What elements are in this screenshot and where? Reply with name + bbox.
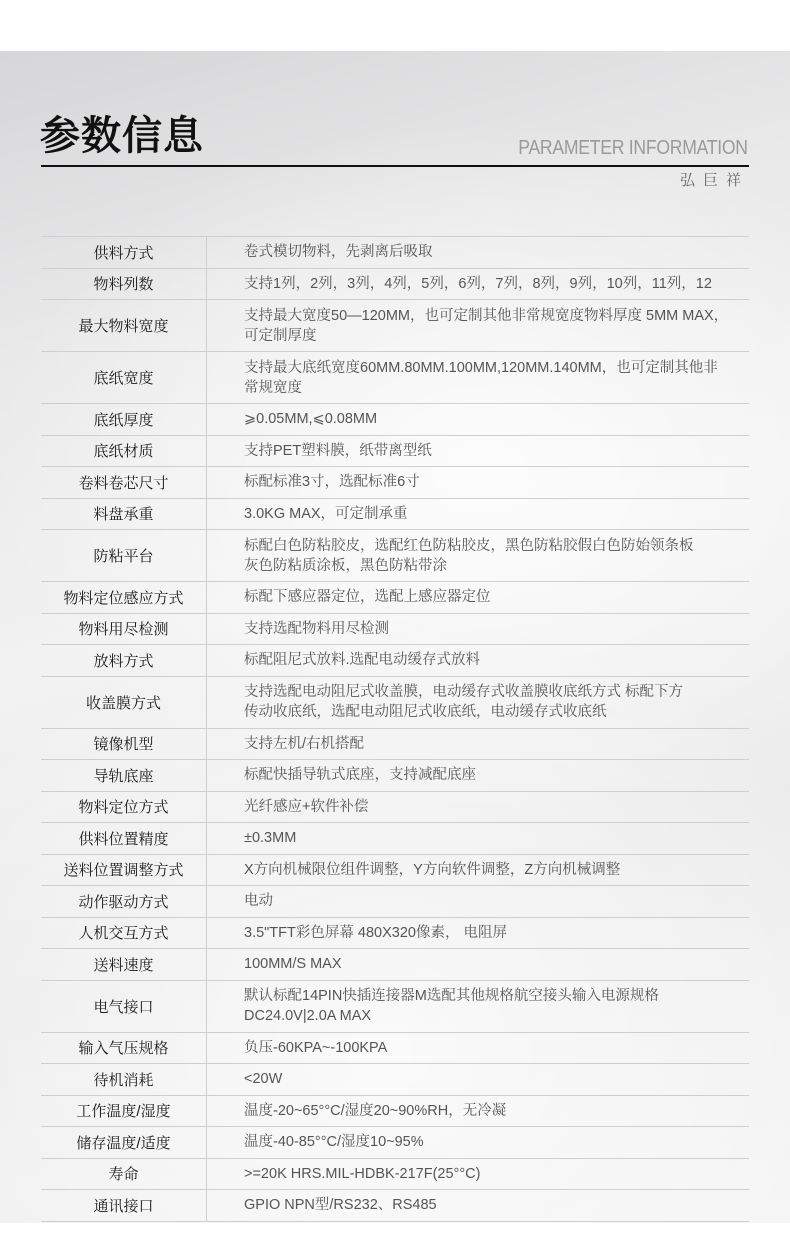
table-row: 通讯接口 GPIO NPN型/RS232、RS485 — [41, 1190, 749, 1222]
spec-key: 送料位置调整方式 — [41, 855, 207, 886]
spec-key: 人机交互方式 — [41, 918, 207, 949]
table-row: 供料位置精度 ±0.3MM — [41, 823, 749, 855]
top-whitespace — [0, 0, 790, 51]
table-row: 防粘平台 标配白色防粘胶皮，选配红色防粘胶皮，黑色防粘胶假白色防始领条板 灰色防… — [41, 530, 749, 582]
table-row: 最大物料宽度 支持最大宽度50—120MM，也可定制其他非常规宽度物料厚度 5M… — [41, 300, 749, 352]
table-row: 镜像机型 支持左机/右机搭配 — [41, 729, 749, 761]
table-row: 物料列数 支持1列，2列，3列，4列，5列，6列，7列，8列，9列，10列，11… — [41, 269, 749, 301]
title-divider — [41, 165, 749, 167]
spec-value: GPIO NPN型/RS232、RS485 — [207, 1190, 749, 1221]
page-title: 参数信息 — [40, 112, 204, 160]
spec-key: 待机消耗 — [41, 1064, 207, 1095]
spec-table: 供料方式 卷式模切物料，先剥离后吸取 物料列数 支持1列，2列，3列，4列，5列… — [41, 236, 749, 1222]
spec-key: 物料定位方式 — [41, 792, 207, 823]
spec-value: 支持最大底纸宽度60MM.80MM.100MM,120MM.140MM，也可定制… — [207, 352, 749, 403]
spec-value: 3.5"TFT彩色屏幕 480X320像素， 电阻屏 — [207, 918, 749, 949]
spec-key: 卷料卷芯尺寸 — [41, 467, 207, 498]
table-row: 收盖膜方式 支持选配电动阻尼式收盖膜，电动缓存式收盖膜收底纸方式 标配下方 传动… — [41, 677, 749, 729]
spec-key: 输入气压规格 — [41, 1033, 207, 1064]
spec-value: >=20K HRS.MIL-HDBK-217F(25°°C) — [207, 1159, 749, 1190]
spec-key: 底纸厚度 — [41, 404, 207, 435]
table-row: 送料速度 100MM/S MAX — [41, 949, 749, 981]
spec-value: 标配标准3寸，选配标准6寸 — [207, 467, 749, 498]
spec-value: ±0.3MM — [207, 823, 749, 854]
table-row: 放料方式 标配阻尼式放料.选配电动缓存式放料 — [41, 645, 749, 677]
table-row: 料盘承重 3.0KG MAX，可定制承重 — [41, 499, 749, 531]
table-row: 底纸宽度 支持最大底纸宽度60MM.80MM.100MM,120MM.140MM… — [41, 352, 749, 404]
spec-value: 标配阻尼式放料.选配电动缓存式放料 — [207, 645, 749, 676]
spec-key: 寿命 — [41, 1159, 207, 1190]
spec-value: X方向机械限位组件调整，Y方向软件调整，Z方向机械调整 — [207, 855, 749, 886]
spec-value: ⩾0.05MM,⩽0.08MM — [207, 404, 749, 435]
spec-value: 支持选配电动阻尼式收盖膜，电动缓存式收盖膜收底纸方式 标配下方 传动收底纸，选配… — [207, 677, 749, 728]
spec-value: 支持选配物料用尽检测 — [207, 614, 749, 645]
table-row: 工作温度/湿度 温度-20~65°°C/湿度20~90%RH，无冷凝 — [41, 1096, 749, 1128]
table-row: 物料定位方式 光纤感应+软件补偿 — [41, 792, 749, 824]
spec-key: 镜像机型 — [41, 729, 207, 760]
spec-value: 支持最大宽度50—120MM，也可定制其他非常规宽度物料厚度 5MM MAX， … — [207, 300, 749, 351]
table-row: 储存温度/适度 温度-40-85°°C/湿度10~95% — [41, 1127, 749, 1159]
spec-value: 电动 — [207, 886, 749, 917]
spec-key: 送料速度 — [41, 949, 207, 980]
table-row: 寿命 >=20K HRS.MIL-HDBK-217F(25°°C) — [41, 1159, 749, 1191]
brand-name: 弘巨祥 — [680, 171, 749, 189]
spec-value: <20W — [207, 1064, 749, 1095]
spec-key: 物料定位感应方式 — [41, 582, 207, 613]
table-row: 待机消耗 <20W — [41, 1064, 749, 1096]
table-row: 人机交互方式 3.5"TFT彩色屏幕 480X320像素， 电阻屏 — [41, 918, 749, 950]
spec-value: 温度-20~65°°C/湿度20~90%RH，无冷凝 — [207, 1096, 749, 1127]
spec-value: 100MM/S MAX — [207, 949, 749, 980]
spec-key: 动作驱动方式 — [41, 886, 207, 917]
spec-key: 物料列数 — [41, 269, 207, 300]
spec-key: 工作温度/湿度 — [41, 1096, 207, 1127]
spec-key: 导轨底座 — [41, 760, 207, 791]
spec-value: 负压-60KPA~-100KPA — [207, 1033, 749, 1064]
spec-value: 温度-40-85°°C/湿度10~95% — [207, 1127, 749, 1158]
table-row: 底纸材质 支持PET塑料膜，纸带离型纸 — [41, 436, 749, 468]
table-row: 卷料卷芯尺寸 标配标准3寸，选配标准6寸 — [41, 467, 749, 499]
spec-key: 底纸材质 — [41, 436, 207, 467]
table-row: 底纸厚度 ⩾0.05MM,⩽0.08MM — [41, 404, 749, 436]
spec-key: 供料位置精度 — [41, 823, 207, 854]
spec-value: 光纤感应+软件补偿 — [207, 792, 749, 823]
page-subtitle-english: PARAMETER INFORMATION — [519, 136, 748, 160]
spec-value: 标配下感应器定位，选配上感应器定位 — [207, 582, 749, 613]
spec-key: 物料用尽检测 — [41, 614, 207, 645]
spec-key: 收盖膜方式 — [41, 677, 207, 728]
spec-value: 支持1列，2列，3列，4列，5列，6列，7列，8列，9列，10列，11列，12 — [207, 269, 749, 300]
spec-key: 电气接口 — [41, 981, 207, 1032]
table-row: 送料位置调整方式 X方向机械限位组件调整，Y方向软件调整，Z方向机械调整 — [41, 855, 749, 887]
spec-key: 最大物料宽度 — [41, 300, 207, 351]
spec-key: 供料方式 — [41, 237, 207, 268]
table-row: 供料方式 卷式模切物料，先剥离后吸取 — [41, 237, 749, 269]
spec-key: 防粘平台 — [41, 530, 207, 581]
spec-key: 底纸宽度 — [41, 352, 207, 403]
spec-value: 支持PET塑料膜，纸带离型纸 — [207, 436, 749, 467]
spec-value: 默认标配14PIN快插连接器M选配其他规格航空接头输入电源规格 DC24.0V|… — [207, 981, 749, 1032]
spec-key: 放料方式 — [41, 645, 207, 676]
table-row: 物料用尽检测 支持选配物料用尽检测 — [41, 614, 749, 646]
table-row: 动作驱动方式 电动 — [41, 886, 749, 918]
table-row: 电气接口 默认标配14PIN快插连接器M选配其他规格航空接头输入电源规格 DC2… — [41, 981, 749, 1033]
table-row: 物料定位感应方式 标配下感应器定位，选配上感应器定位 — [41, 582, 749, 614]
spec-key: 通讯接口 — [41, 1190, 207, 1221]
spec-key: 料盘承重 — [41, 499, 207, 530]
spec-key: 储存温度/适度 — [41, 1127, 207, 1158]
table-row: 导轨底座 标配快插导轨式底座，支持减配底座 — [41, 760, 749, 792]
spec-value: 标配白色防粘胶皮，选配红色防粘胶皮，黑色防粘胶假白色防始领条板 灰色防粘质涂板，… — [207, 530, 749, 581]
spec-value: 支持左机/右机搭配 — [207, 729, 749, 760]
spec-value: 卷式模切物料，先剥离后吸取 — [207, 237, 749, 268]
spec-value: 3.0KG MAX，可定制承重 — [207, 499, 749, 530]
spec-value: 标配快插导轨式底座，支持减配底座 — [207, 760, 749, 791]
table-row: 输入气压规格 负压-60KPA~-100KPA — [41, 1033, 749, 1065]
